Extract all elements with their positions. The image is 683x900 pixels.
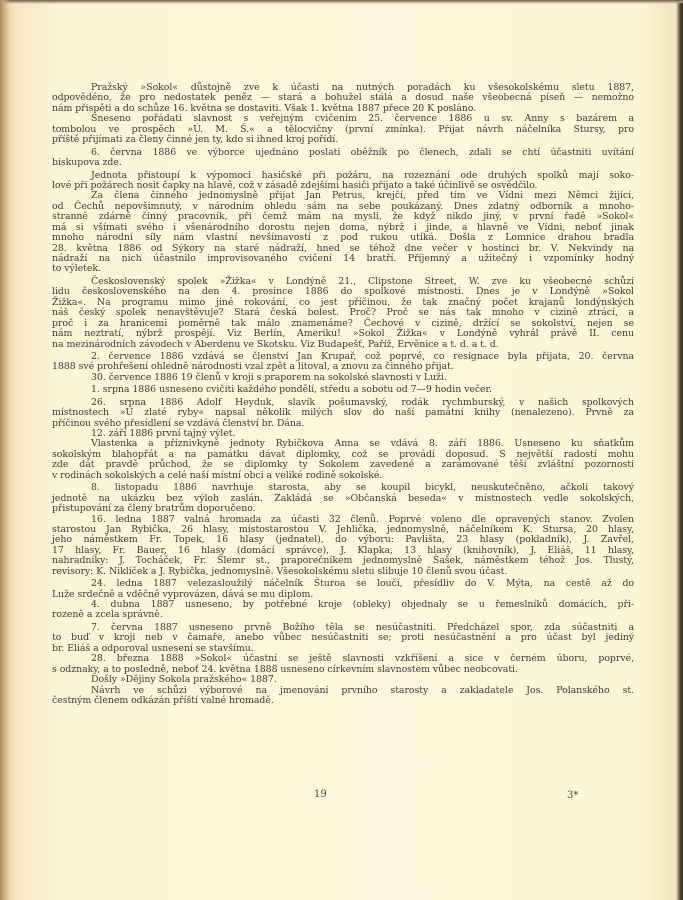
page-top-edge [0, 0, 683, 4]
text-line: v rodinách sokolských a celé naší místní… [52, 471, 634, 481]
text-line: čestným členem odkázán příští valné hrom… [52, 696, 634, 706]
text-line: rozeně a zcela správně. [52, 610, 634, 620]
text-line: Došly »Dějiny Sokola pražského« 1887. [52, 675, 634, 685]
text-line: na mezinárodních závodech v Aberdenu ve … [52, 340, 634, 350]
page-number: 19 [314, 789, 327, 800]
text-line: místnostech »U zlaté ryby« napsal několi… [52, 408, 634, 418]
text-line: revisory: K. Niklíček a J. Rybička, jedn… [52, 567, 634, 577]
text-line: příště přijímati za členy činné jen ty, … [52, 135, 634, 145]
text-line: nádraží na nich účastnilo improvisovanéh… [52, 254, 634, 264]
text-line: 1. srpna 1886 usneseno cvičiti každého p… [52, 385, 634, 395]
body-text: Pražský »Sokol« důstojně zve k účasti na… [52, 83, 634, 706]
text-line: 30. července 1886 19 členů v kroji s pra… [52, 373, 634, 383]
text-line: to výletek. [52, 264, 634, 274]
text-line: nám neztratí, nýbrž prospějí. Viz Berlín… [52, 329, 634, 339]
text-line: biskupova zde. [52, 158, 634, 168]
text-line: 6. června 1886 ve výborce ujednáno posla… [52, 148, 634, 158]
text-line: 24. ledna 1887 velezasloužilý náčelník Š… [52, 579, 634, 589]
scanned-page: Pražský »Sokol« důstojně zve k účasti na… [0, 0, 683, 900]
signature-mark: 3* [567, 790, 578, 801]
text-line: přistupování za členy bratrům doporučeno… [52, 504, 634, 514]
page-binding-shadow [0, 0, 10, 900]
text-line: mnoho národní síly nám vlastní nevšímavo… [52, 233, 634, 243]
